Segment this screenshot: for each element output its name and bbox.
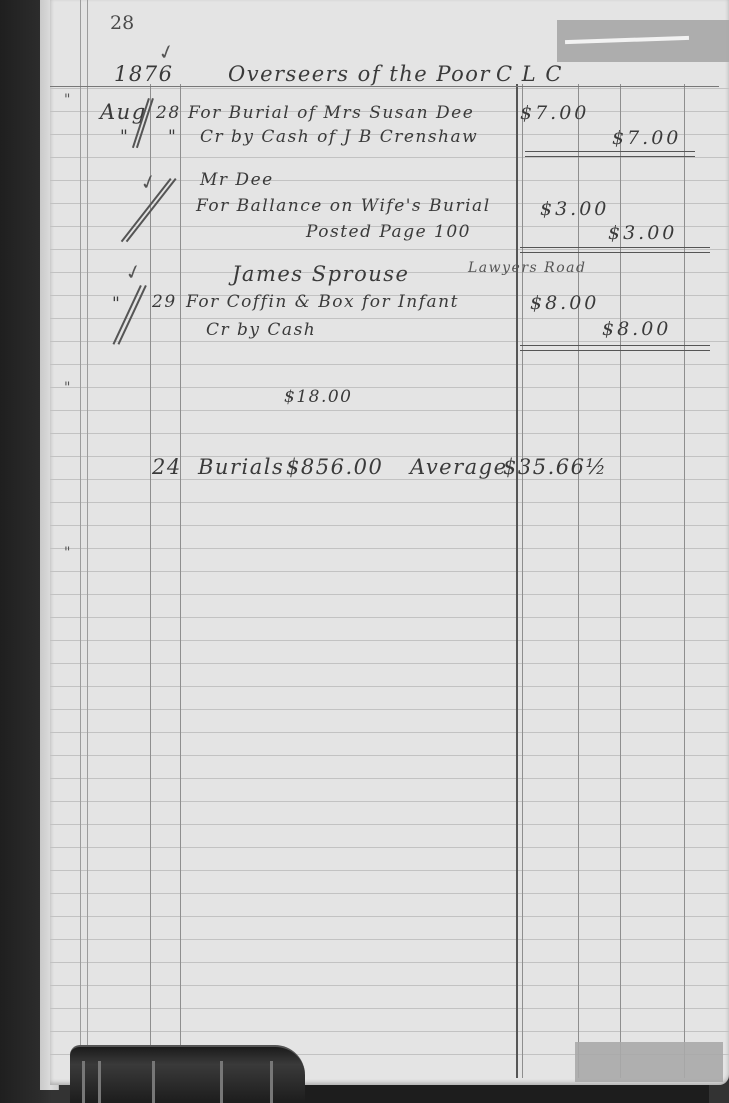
balance-rule: [520, 247, 710, 248]
entry-description: Posted Page 100: [306, 222, 471, 242]
account-title: Overseers of the Poor: [228, 62, 491, 86]
entry-debit-amount: $3.00: [540, 198, 609, 220]
tape-patch-top: [557, 20, 729, 62]
entry-day: 29: [152, 292, 177, 312]
average-amount: $35.66½: [503, 455, 607, 479]
ledger-page: [50, 0, 729, 1085]
balance-rule: [525, 151, 695, 152]
binder-clip: [70, 1045, 305, 1103]
average-label: Average: [410, 455, 508, 479]
clip-rib: [220, 1061, 223, 1103]
entry-day-ditto: ": [168, 127, 177, 147]
entry-description: For Ballance on Wife's Burial: [196, 196, 491, 216]
tape-crease: [565, 36, 689, 44]
entry-description: For Burial of Mrs Susan Dee: [188, 103, 474, 123]
debit-column-rule: [516, 84, 518, 1078]
entry-debit-amount: $8.00: [530, 292, 599, 314]
clip-rib: [98, 1061, 101, 1103]
entry-month-ditto: ": [120, 127, 129, 147]
burial-count: 24: [152, 455, 182, 479]
balance-rule-double: [525, 156, 695, 157]
debit-column-rule-2: [522, 84, 523, 1078]
margin-mark: ": [64, 380, 72, 396]
day-column-rule: [180, 84, 181, 1078]
outer-margin-rule: [80, 0, 81, 1078]
clip-rib: [152, 1061, 155, 1103]
outer-margin-rule-2: [87, 0, 88, 1078]
balance-rule-double: [520, 252, 710, 253]
balance-rule: [520, 345, 710, 346]
burials-label: Burials: [198, 455, 284, 479]
entry-description: Cr by Cash: [206, 320, 316, 340]
debit-cents-rule: [578, 84, 579, 1078]
entry-description: For Coffin & Box for Infant: [186, 292, 459, 312]
tape-patch-bottom: [575, 1042, 723, 1082]
entry-credit-amount: $8.00: [602, 318, 671, 340]
month-column-rule: [150, 84, 151, 1078]
desk-shadow: [300, 1085, 709, 1103]
account-name: James Sprouse: [232, 262, 409, 286]
location-note: Lawyers Road: [468, 260, 586, 276]
entry-month-ditto: ": [112, 294, 121, 314]
burials-total: $856.00: [286, 455, 383, 479]
entry-credit-amount: $7.00: [612, 127, 681, 149]
header-rule: [50, 86, 719, 87]
ledger-year: 1876: [114, 62, 173, 86]
credit-cents-rule: [684, 84, 685, 1078]
page-number: 28: [110, 12, 134, 34]
entry-credit-amount: $3.00: [608, 222, 677, 244]
clip-rib: [270, 1061, 273, 1103]
clip-rib: [82, 1061, 85, 1103]
balance-rule-double: [520, 350, 710, 351]
account-name: Mr Dee: [200, 170, 274, 190]
margin-mark: ": [64, 92, 72, 108]
entry-description: Cr by Cash of J B Crenshaw: [200, 127, 478, 147]
subtotal-amount: $18.00: [284, 387, 352, 407]
margin-mark: ": [64, 545, 72, 561]
entry-day: 28: [156, 103, 181, 123]
account-suffix: C L C: [496, 62, 563, 86]
entry-debit-amount: $7.00: [520, 102, 589, 124]
